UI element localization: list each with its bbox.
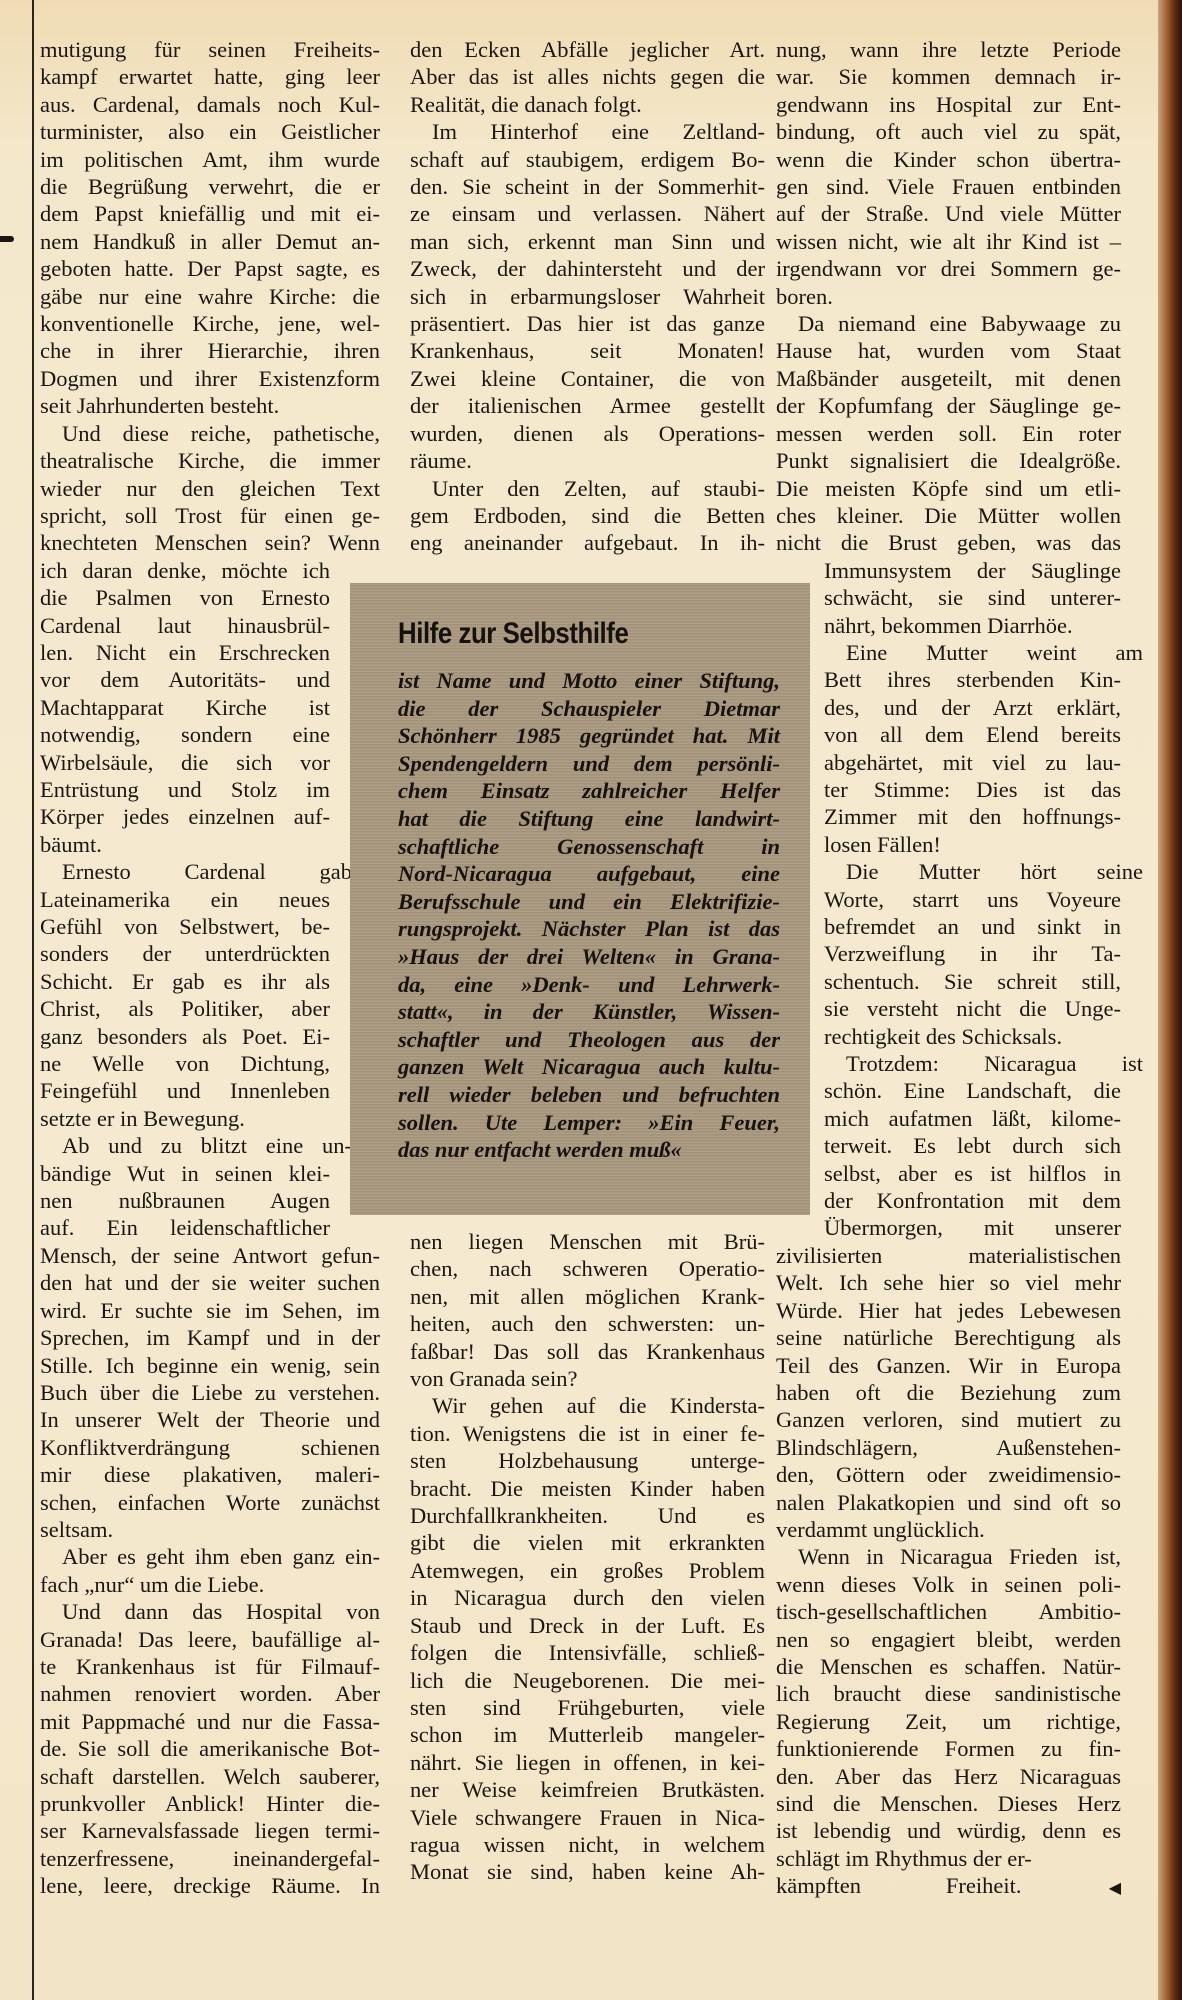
text-line: in Nicaragua durch den vielen: [410, 1584, 765, 1611]
text-line: chem Einsatz zahlreicher Helfer: [398, 777, 780, 805]
text-line: gäbe nur eine wahre Kirche: die: [40, 283, 380, 310]
text-line: ist Name und Motto einer Stiftung,: [398, 667, 780, 695]
text-line: haben oft die Beziehung zum: [776, 1379, 1121, 1406]
text-line: der Konfrontation mit dem: [824, 1187, 1121, 1214]
text-line: che in ihrer Hierarchie, ihren: [40, 337, 380, 364]
text-line: ich daran denke, möchte ich: [40, 557, 330, 584]
text-line: Wirbelsäule, die sich vor: [40, 749, 330, 776]
text-line: schaftler und Theologen aus der: [398, 1026, 780, 1054]
text-line: Welt. Ich sehe hier so viel mehr: [776, 1269, 1121, 1296]
text-line: im politischen Amt, ihm wurde: [40, 146, 380, 173]
text-line: schlägt im Rhythmus der er-: [776, 1845, 1121, 1872]
text-line: Schicht. Er gab es ihr als: [40, 968, 330, 995]
text-line: Trotzdem: Nicaragua ist: [824, 1050, 1143, 1077]
text-line: notwendig, sondern eine: [40, 721, 330, 748]
text-line: von all dem Elend bereits: [824, 721, 1121, 748]
text-line: Atemwegen, ein großes Problem: [410, 1557, 765, 1584]
text-line: tenzerfressene, ineinandergefal-: [40, 1845, 380, 1872]
text-line: ser Karnevalsfassade liegen termi-: [40, 1817, 380, 1844]
text-line: Berufsschule und ein Elektrifizie-: [398, 888, 780, 916]
text-line: Unter den Zelten, auf staubi-: [410, 475, 765, 502]
text-line: spricht, soll Trost für einen ge-: [40, 502, 380, 529]
info-box-body: ist Name und Motto einer Stiftung,die de…: [398, 667, 780, 1164]
text-line: schaft auf staubigem, erdigem Bo-: [410, 146, 765, 173]
text-line: lich braucht diese sandinistische: [776, 1680, 1121, 1707]
text-line: Und dann das Hospital von: [40, 1598, 380, 1625]
text-line: statt«, in der Künstler, Wissen-: [398, 998, 780, 1026]
text-line: wissen nicht, wie alt ihr Kind ist –: [776, 228, 1121, 255]
text-line: seltsam.: [40, 1516, 380, 1543]
text-line: die der Schauspieler Dietmar: [398, 695, 780, 723]
text-line: Konfliktverdrängung schienen: [40, 1434, 380, 1461]
text-line: Sprechen, im Kampf und in der: [40, 1324, 380, 1351]
text-line: das nur entfacht werden muß«: [398, 1136, 780, 1164]
text-line: nung, wann ihre letzte Periode: [776, 36, 1121, 63]
text-line: bindung, oft auch viel zu spät,: [776, 118, 1121, 145]
text-line: eng aneinander aufgebaut. In ih-: [410, 529, 765, 556]
text-line: auf. Ein leidenschaftlicher: [40, 1214, 330, 1241]
text-line: ist lebendig und würdig, denn es: [776, 1817, 1121, 1844]
text-line: funktionierende Formen zu fin-: [776, 1735, 1121, 1762]
text-line: befremdet an und sinkt in: [824, 913, 1121, 940]
text-line: Da niemand eine Babywaage zu: [776, 310, 1121, 337]
column-2-top-text: den Ecken Abfälle jeglicher Art.Aber das…: [410, 36, 765, 557]
text-line: Immunsystem der Säuglinge: [824, 557, 1121, 584]
text-line: Gefühl von Selbstwert, be-: [40, 913, 330, 940]
text-line: Stille. Ich beginne ein wenig, sein: [40, 1352, 380, 1379]
text-line: seine natürliche Berechtigung als: [776, 1324, 1121, 1351]
text-line: sten Holzbehausung unterge-: [410, 1447, 765, 1474]
text-line: bändige Wut in seinen klei-: [40, 1160, 330, 1187]
text-line: gendwann ins Hospital zur Ent-: [776, 91, 1121, 118]
text-line: wieder nur den gleichen Text: [40, 475, 380, 502]
text-line: kämpften Freiheit.◀: [776, 1872, 1121, 1902]
text-line: Maßbänder ausgeteilt, mit denen: [776, 365, 1121, 392]
text-line: nicht die Brust geben, was das: [776, 529, 1121, 556]
text-line: Aber es geht ihm eben ganz ein-: [40, 1543, 380, 1570]
text-line: die Begrüßung verwehrt, die er: [40, 173, 380, 200]
text-line: wurden, dienen als Operations-: [410, 420, 765, 447]
text-line: schön. Eine Landschaft, die: [824, 1077, 1121, 1104]
text-line: Würde. Hier hat jedes Lebewesen: [776, 1297, 1121, 1324]
text-line: Hause hat, wurden vom Staat: [776, 337, 1121, 364]
text-line: fach „nur“ um die Liebe.: [40, 1571, 380, 1598]
text-line: auf der Straße. Und viele Mütter: [776, 200, 1121, 227]
text-line: terweit. Es lebt durch sich: [824, 1132, 1121, 1159]
text-line: rungsprojekt. Nächster Plan ist das: [398, 915, 780, 943]
text-line: räume.: [410, 447, 765, 474]
text-line: nahmen renoviert worden. Aber: [40, 1680, 380, 1707]
text-line: schaftliche Genossenschaft in: [398, 833, 780, 861]
text-line: Buch über die Liebe zu verstehen.: [40, 1379, 380, 1406]
text-line: Nord-Nicaragua aufgebaut, eine: [398, 860, 780, 888]
text-line: Eine Mutter weint am: [824, 639, 1143, 666]
text-line: nen liegen Menschen mit Brü-: [410, 1228, 765, 1255]
text-line: tion. Wenigstens die ist in einer fe-: [410, 1420, 765, 1447]
text-line: Mensch, der seine Antwort gefun-: [40, 1242, 380, 1269]
text-line: Lateinamerika ein neues: [40, 886, 330, 913]
text-line: Regierung Zeit, um richtige,: [776, 1708, 1121, 1735]
text-line: sollen. Ute Lemper: »Ein Feuer,: [398, 1109, 780, 1137]
text-line: gibt die vielen mit erkrankten: [410, 1529, 765, 1556]
text-line: nen so engagiert bleibt, werden: [776, 1626, 1121, 1653]
text-line: wenn dieses Volk in seinen poli-: [776, 1571, 1121, 1598]
text-line: Realität, die danach folgt.: [410, 91, 765, 118]
text-line: man sich, erkennt man Sinn und: [410, 228, 765, 255]
text-line: der Kopfumfang der Säuglinge ge-: [776, 392, 1121, 419]
column-rule: [32, 0, 34, 2000]
page-binding-edge: [1158, 0, 1182, 2000]
text-line: sten sind Frühgeburten, viele: [410, 1694, 765, 1721]
text-line: ches kleiner. Die Mütter wollen: [776, 502, 1121, 529]
text-line: Viele schwangere Frauen in Nica-: [410, 1804, 765, 1831]
text-line: den hat und der sie weiter suchen: [40, 1269, 380, 1296]
text-line: zivilisierten materialistischen: [776, 1242, 1121, 1269]
text-line: Worte, starrt uns Voyeure: [824, 886, 1121, 913]
text-line: bracht. Die meisten Kinder haben: [410, 1475, 765, 1502]
text-line: schaft darstellen. Welch sauberer,: [40, 1763, 380, 1790]
text-line: Wir gehen auf die Kindersta-: [410, 1392, 765, 1419]
text-line: len. Nicht ein Erschrecken: [40, 639, 330, 666]
article-column-3: nung, wann ihre letzte Periodewar. Sie k…: [776, 36, 1121, 1903]
text-line: nen, mit allen möglichen Krank-: [410, 1283, 765, 1310]
text-line: abgehärtet, mit viel zu lau-: [824, 749, 1121, 776]
text-line: Granada! Das leere, baufällige al-: [40, 1626, 380, 1653]
text-line: von Granada sein?: [410, 1365, 765, 1392]
text-line: mir diese plakativen, maleri-: [40, 1461, 380, 1488]
margin-marker: [0, 236, 14, 242]
text-line: aus. Cardenal, damals noch Kul-: [40, 91, 380, 118]
text-line: Ernesto Cardenal gab: [40, 858, 352, 885]
text-line: Zwei kleine Container, die von: [410, 365, 765, 392]
text-line: Ab und zu blitzt eine un-: [40, 1132, 352, 1159]
text-line: Zweck, der dahintersteht und der: [410, 255, 765, 282]
text-line: Staub und Dreck in der Luft. Es: [410, 1612, 765, 1639]
text-line: Feingefühl und Innenleben: [40, 1077, 330, 1104]
text-line: Und diese reiche, pathetische,: [40, 420, 380, 447]
text-line: den. Sie scheint in der Sommerhit-: [410, 173, 765, 200]
text-line: turminister, also ein Geistlicher: [40, 118, 380, 145]
column-2-bottom-text: nen liegen Menschen mit Brü-chen, nach s…: [410, 1228, 765, 1886]
text-line: nen nußbraunen Augen: [40, 1187, 330, 1214]
info-box: Hilfe zur Selbsthilfe ist Name und Motto…: [350, 583, 810, 1215]
text-line: irgendwann vor drei Sommern ge-: [776, 255, 1121, 282]
text-line: Cardenal laut hinausbrül-: [40, 612, 330, 639]
text-line: ner Weise keimfreien Brutkästen.: [410, 1776, 765, 1803]
text-line: Verzweiflung in ihr Ta-: [824, 940, 1121, 967]
text-line: lich die Neugeborenen. Die mei-: [410, 1667, 765, 1694]
text-line: selbst, aber es ist hilflos in: [824, 1160, 1121, 1187]
text-line: mit Pappmaché und nur die Fassa-: [40, 1708, 380, 1735]
text-line: den Ecken Abfälle jeglicher Art.: [410, 36, 765, 63]
text-line: konventionelle Kirche, jene, wel-: [40, 310, 380, 337]
text-line: schentuch. Sie schreit still,: [824, 968, 1121, 995]
text-line: mich aufatmen läßt, kilome-: [824, 1105, 1121, 1132]
text-line: Punkt signalisiert die Idealgröße.: [776, 447, 1121, 474]
text-line: ne Welle von Dichtung,: [40, 1050, 330, 1077]
text-line: Zimmer mit den hoffnungs-: [824, 803, 1121, 830]
text-line: Im Hinterhof eine Zeltland-: [410, 118, 765, 145]
text-line: schen, einfachen Worte zunächst: [40, 1489, 380, 1516]
text-line: Christ, als Politiker, aber: [40, 995, 330, 1022]
text-line: Übermorgen, mit unserer: [824, 1214, 1121, 1241]
article-column-2: den Ecken Abfälle jeglicher Art.Aber das…: [410, 36, 765, 557]
text-line: Machtapparat Kirche ist: [40, 694, 330, 721]
text-line: war. Sie kommen demnach ir-: [776, 63, 1121, 90]
text-line: die Psalmen von Ernesto: [40, 584, 330, 611]
text-line: nem Handkuß in aller Demut an-: [40, 228, 380, 255]
text-line: seit Jahrhunderten besteht.: [40, 392, 380, 419]
text-line: Körper jedes einzelnen auf-: [40, 803, 330, 830]
text-line: Krankenhaus, seit Monaten!: [410, 337, 765, 364]
text-line: wird. Er suchte sie im Sehen, im: [40, 1297, 380, 1324]
text-line: Dogmen und ihrer Existenzform: [40, 365, 380, 392]
text-line: Schönherr 1985 gegründet hat. Mit: [398, 722, 780, 750]
info-box-title: Hilfe zur Selbsthilfe: [398, 617, 628, 651]
text-line: ter Stimme: Dies ist das: [824, 776, 1121, 803]
text-line: »Haus der drei Welten« in Grana-: [398, 943, 780, 971]
text-line: die Menschen es schaffen. Natür-: [776, 1653, 1121, 1680]
text-line: Wenn in Nicaragua Frieden ist,: [776, 1543, 1121, 1570]
text-line: dem Papst kniefällig und mit ei-: [40, 200, 380, 227]
text-line: sind die Menschen. Dieses Herz: [776, 1790, 1121, 1817]
text-line: mutigung für seinen Freiheits-: [40, 36, 380, 63]
text-line: gem Erdboden, sind die Betten: [410, 502, 765, 529]
text-line: Spendengeldern und dem persönli-: [398, 750, 780, 778]
text-line: Die Mutter hört seine: [824, 858, 1143, 885]
text-line: der italienischen Armee gestellt: [410, 392, 765, 419]
text-line: Die meisten Köpfe sind um etli-: [776, 475, 1121, 502]
text-line: wenn die Kinder schon übertra-: [776, 146, 1121, 173]
end-of-article-icon: ◀: [1029, 1880, 1121, 1897]
text-line: faßbar! Das soll das Krankenhaus: [410, 1338, 765, 1365]
text-line: Aber das ist alles nichts gegen die: [410, 63, 765, 90]
text-line: losen Fällen!: [824, 831, 1121, 858]
text-line: Ganzen verloren, sind mutiert zu: [776, 1406, 1121, 1433]
text-line: heiten, auch den schwersten: un-: [410, 1310, 765, 1337]
text-line: den, Göttern oder zweidimensio-: [776, 1461, 1121, 1488]
text-line: tisch-gesellschaftlichen Ambitio-: [776, 1598, 1121, 1625]
text-line: sie versteht nicht die Unge-: [824, 995, 1121, 1022]
text-line: rechtigkeit des Schicksals.: [824, 1023, 1121, 1050]
text-line: Teil des Ganzen. Wir in Europa: [776, 1352, 1121, 1379]
text-line: geboten hatte. Der Papst sagte, es: [40, 255, 380, 282]
text-line: folgen die Intensivfälle, schließ-: [410, 1639, 765, 1666]
text-line: sonders der unterdrückten: [40, 940, 330, 967]
text-line: ganzen Welt Nicaragua auch kultu-: [398, 1053, 780, 1081]
text-line: te Krankenhaus ist für Filmauf-: [40, 1653, 380, 1680]
text-line: Monat sie sind, haben keine Ah-: [410, 1858, 765, 1885]
text-line: chen, nach schweren Operatio-: [410, 1255, 765, 1282]
text-line: setzte er in Bewegung.: [40, 1105, 330, 1132]
text-line: ragua wissen nicht, in welchem: [410, 1831, 765, 1858]
text-line: ganz besonders als Poet. Ei-: [40, 1023, 330, 1050]
text-line: nährt, bekommen Diarrhöe.: [824, 612, 1121, 639]
text-line: gen sind. Viele Frauen entbinden: [776, 173, 1121, 200]
text-line: prunkvoller Anblick! Hinter die-: [40, 1790, 380, 1817]
text-line: rell wieder beleben und befruchten: [398, 1081, 780, 1109]
text-line: boren.: [776, 283, 1121, 310]
article-column-1: mutigung für seinen Freiheits-kampf erwa…: [40, 36, 380, 1900]
text-line: ze einsam und verlassen. Nähert: [410, 200, 765, 227]
text-line: de. Sie soll die amerikanische Bot-: [40, 1735, 380, 1762]
text-line: kampf erwartet hatte, ging leer: [40, 63, 380, 90]
text-line: da, eine »Denk- und Lehrwerk-: [398, 971, 780, 999]
text-line: vor dem Autoritäts- und: [40, 666, 330, 693]
text-line: nährt. Sie liegen in offenen, in kei-: [410, 1749, 765, 1776]
text-line: bäumt.: [40, 831, 330, 858]
text-line: knechteten Menschen sein? Wenn: [40, 529, 380, 556]
text-line: schwächt, sie sind unterer-: [824, 584, 1121, 611]
text-line: Bett ihres sterbenden Kin-: [824, 666, 1121, 693]
text-line: des, und der Arzt erklärt,: [824, 694, 1121, 721]
text-line: Durchfallkrankheiten. Und es: [410, 1502, 765, 1529]
text-line: den. Aber das Herz Nicaraguas: [776, 1763, 1121, 1790]
text-line: In unserer Welt der Theorie und: [40, 1406, 380, 1433]
text-line: nalen Plakatkopien und sind oft so: [776, 1489, 1121, 1516]
text-line: Entrüstung und Stolz im: [40, 776, 330, 803]
text-line: hat die Stiftung eine landwirt-: [398, 805, 780, 833]
text-line: lene, leere, dreckige Räume. In: [40, 1872, 380, 1899]
text-line: Blindschlägern, Außenstehen-: [776, 1434, 1121, 1461]
text-line: messen werden soll. Ein roter: [776, 420, 1121, 447]
text-line: theatralische Kirche, die immer: [40, 447, 380, 474]
text-line: präsentiert. Das hier ist das ganze: [410, 310, 765, 337]
text-line: verdammt unglücklich.: [776, 1516, 1121, 1543]
text-line: sich in erbarmungsloser Wahrheit: [410, 283, 765, 310]
text-line: schon im Mutterleib mangeler-: [410, 1721, 765, 1748]
